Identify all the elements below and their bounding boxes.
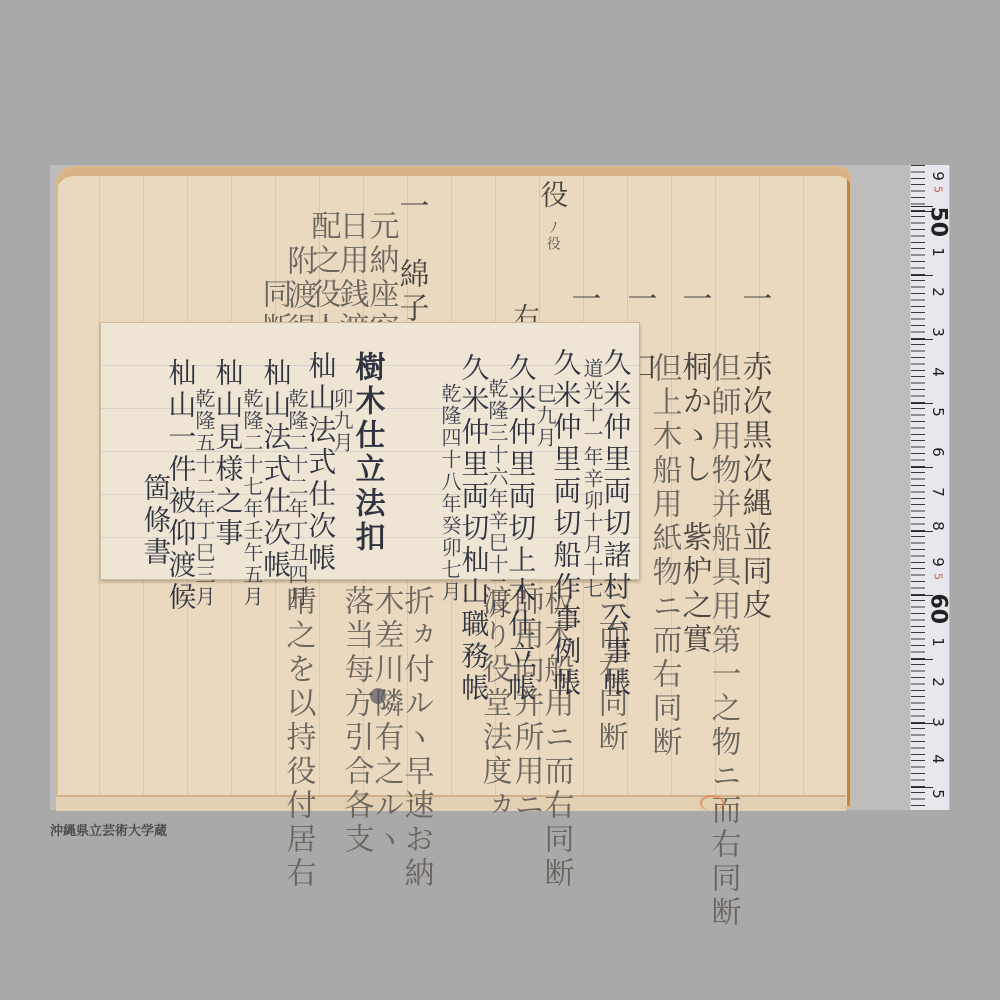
ruler-label: 5 — [929, 403, 947, 421]
ruler-label: 1 — [929, 243, 947, 261]
slip-column: 箇條書 — [141, 473, 170, 569]
manuscript-column: 晴之を以持役付居右 — [282, 585, 314, 891]
manuscript-column: 但上木船用紙物ニ而右同断 — [648, 352, 680, 760]
ruler-label: 7 — [929, 483, 947, 501]
slip-column: 道光十一年辛卯十月十七 — [581, 358, 602, 600]
ruler-label: 2 — [929, 673, 947, 691]
ruler-label: 8 — [929, 517, 947, 535]
slip-column: 樹木仕立法扣 — [351, 351, 383, 555]
ruler-label: 2 — [929, 283, 947, 301]
ruler-label: 60 — [926, 594, 951, 612]
ruler-label: 4 — [929, 363, 947, 381]
manuscript-column: 落当每方引合各支 — [340, 585, 372, 857]
ruler-label: 5 — [929, 785, 947, 803]
slip-column: 巳九月 — [534, 383, 555, 449]
page-heading-note: ﾉ役 — [545, 220, 560, 252]
slip-column: 乾隆四十八年癸卯七月 — [439, 383, 460, 603]
manuscript-column: 折ヵ付ルヽ早速お納 — [400, 585, 432, 891]
manuscript-column: 一 桐かゝし 紫枦之實 — [678, 283, 710, 657]
ink-blot — [370, 688, 386, 704]
slip-column: 乾隆二十七年壬午五月 — [241, 388, 262, 608]
ruler-label: 6 — [929, 443, 947, 461]
slip-column: 久米仲里両切杣山職務帳 — [459, 353, 488, 705]
ruler-label: 5 — [932, 568, 945, 586]
slip-column: 久米仲里両切諸村公事帳 — [601, 348, 630, 700]
slip-column: 久米仲里両切上木仕立帳 — [506, 353, 535, 705]
measurement-ruler: 9 5 50 1 2 3 4 5 6 7 8 9 5 60 1 2 3 4 5 — [910, 165, 949, 810]
slip-column: 杣山法式仕次帳 — [306, 351, 335, 575]
manuscript-column: 一 赤次黒次縄並同皮 — [738, 283, 770, 623]
ruler-label: 5 — [932, 181, 945, 199]
slip-column: 杣山見様之事 — [213, 358, 242, 550]
ruler-label: 1 — [929, 633, 947, 651]
red-seal-mark — [700, 795, 724, 811]
slip-column: 杣山法式仕次帳 — [261, 358, 290, 582]
pasted-slip: 久米仲里両切諸村公事帳 道光十一年辛卯十月十七 久米仲里両切船作事例帳 巳九月 … — [100, 322, 640, 580]
page-heading: 役 — [538, 180, 567, 212]
ruler-label: 50 — [926, 207, 951, 225]
collection-caption: 沖縄県立芸術大学蔵 — [50, 820, 167, 839]
ruler-label: 4 — [929, 750, 947, 768]
ruler-label: 3 — [929, 323, 947, 341]
manuscript-column: 木差川隣有之ルヽ — [370, 585, 402, 857]
ruler-label: 3 — [929, 713, 947, 731]
